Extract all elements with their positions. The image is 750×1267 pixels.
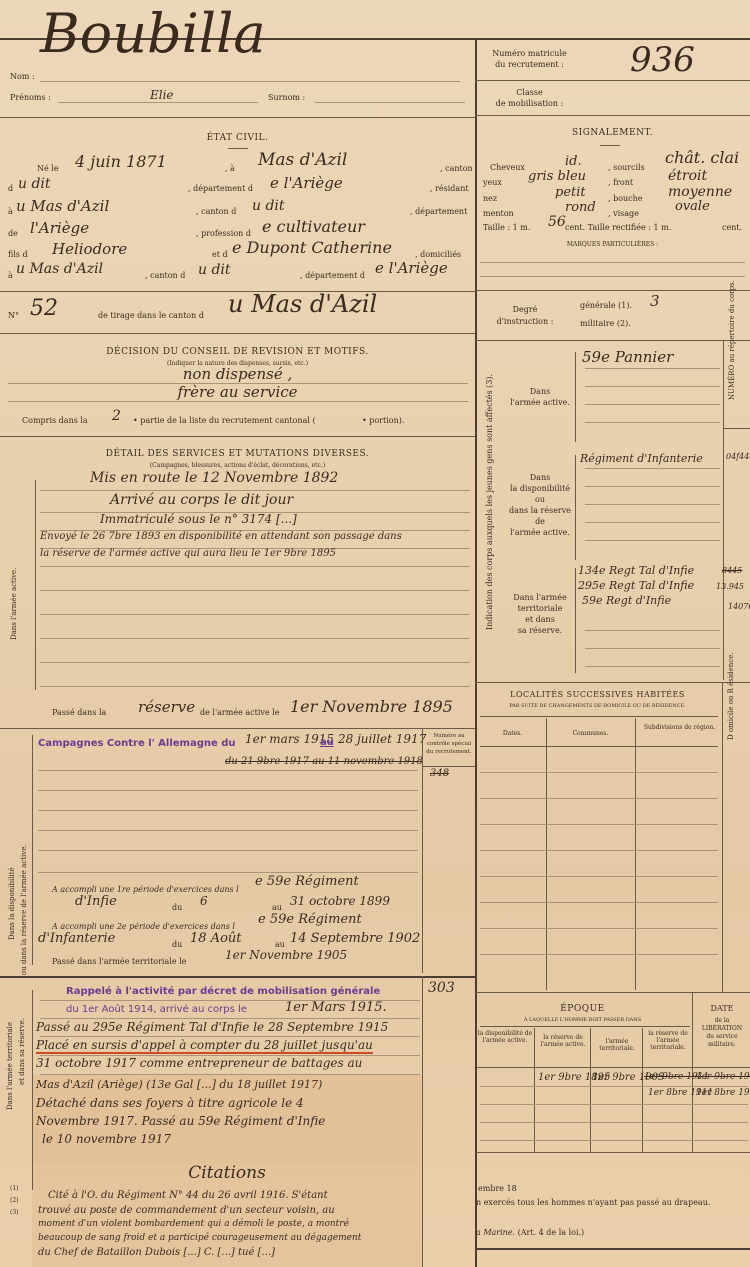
title-dash [228, 148, 248, 149]
bouche-value: moyenne [668, 184, 732, 200]
periode2-label: A accompli une 2e période d'exercices da… [52, 922, 235, 931]
front-label: , front [608, 178, 633, 187]
militaire-label: militaire (2). [580, 319, 631, 328]
territoriale-side-label-2: et dans sa réserve. [18, 1018, 26, 1085]
liberation-value-1: 1er 9bre 1917 [696, 1072, 750, 1082]
terr-rule-1 [585, 630, 720, 631]
signalement-dash [600, 145, 620, 146]
localites-row-8 [480, 954, 718, 955]
detail-brace [35, 480, 36, 690]
detail-rule [0, 728, 475, 729]
reserve-brace [32, 735, 33, 965]
bouche-label: , bouche [608, 194, 643, 203]
etat-civil-title: ÉTAT CIVIL. [0, 133, 475, 143]
cheveux-label: Cheveux [490, 163, 525, 172]
compris-label: Compris dans la [22, 416, 88, 425]
taille-label: Taille : 1 m. [483, 223, 530, 232]
footer-line-3-italic: a Marine. [476, 1228, 515, 1237]
decision-line-1: non dispensé , [0, 365, 475, 383]
terr-label-2: territoriale [500, 603, 580, 614]
citations-title: Citations [32, 1163, 422, 1183]
numero-controle-header-rule [423, 766, 475, 767]
dispo-rule-3 [585, 504, 720, 505]
reserve-rule-6 [38, 872, 418, 873]
generale-value: 3 [650, 292, 660, 310]
portion-label: • portion). [362, 416, 404, 425]
reserve-rule-2 [38, 790, 418, 791]
localites-row-3 [480, 824, 718, 825]
nom-label: Nom : [10, 72, 35, 81]
dispo-numero: 04f445 [726, 452, 750, 461]
cheveux-value: id. [565, 154, 582, 169]
degre-label-1: Degré [480, 304, 570, 316]
mere-value: e Dupont Catherine [232, 238, 392, 257]
territoriale-rule-2 [40, 1018, 420, 1019]
dispo-value: Régiment d'Infanterie [580, 452, 703, 465]
localites-title: LOCALITÉS SUCCESSIVES HABITÉES [475, 690, 720, 699]
dispo-brace [575, 455, 576, 560]
detail-subtitle: (Campagnes, blessures, actions d'éclat, … [0, 462, 475, 469]
detail-rule-1 [40, 490, 470, 491]
rappel-line-1: Rappelé à l'activité par décret de mobil… [66, 986, 380, 997]
territoriale-numero-value: 303 [428, 980, 455, 996]
matricule-value: 936 [630, 40, 695, 80]
dispo-label-2: la disponibilité [495, 483, 585, 494]
matricule-label: Numéro matricule du recrutement : [482, 48, 577, 70]
canton-value: u dit [18, 176, 51, 192]
marques-line-2 [480, 276, 745, 277]
residant-value: u Mas d'Azil [16, 197, 109, 215]
terr-label-4: sa réserve. [500, 625, 580, 636]
territoriale-line-4: Mas d'Azil (Ariège) (13e Gal [...] du 18… [36, 1078, 322, 1091]
detail-line-2: Arrivé au corps le dit jour [110, 492, 293, 508]
degre-label: Degré d'instruction : [480, 304, 570, 328]
epoque-col-territoriale: l'armée territoriale. [592, 1038, 642, 1052]
campagnes-to: 28 juillet 1917 [338, 732, 426, 746]
decision-rule [0, 436, 475, 437]
periode1-to: 31 octobre 1899 [290, 894, 390, 908]
date-sub-2: LIBÉRATION [694, 1025, 750, 1033]
numero-controle-label: Numéro au contrôle spécial du recrutemen… [424, 732, 474, 756]
nez-value: petit [555, 185, 586, 200]
numero-label: NUMÉRO au répertoire du corps. [728, 280, 736, 400]
canton3-label: , canton d [145, 271, 185, 280]
date-sub-1: de la [694, 1017, 750, 1025]
footnote-mark-3: (3) [10, 1209, 19, 1216]
ne-le-value: 4 juin 1871 [75, 152, 167, 171]
epoque-rule [475, 1152, 750, 1153]
tirage-rule [0, 333, 475, 334]
footer-line-2: n exercés tous les hommes n'ayant pas pa… [476, 1198, 710, 1207]
passe-date: 1er Novembre 1895 [290, 697, 453, 716]
footnote-mark-2: (2) [10, 1197, 19, 1204]
terr-rule-3 [585, 666, 720, 667]
dom-a-label: à [8, 271, 13, 280]
passe-value: réserve [138, 698, 195, 716]
profession-value: e cultivateur [262, 217, 365, 236]
decision-line-rule-2 [8, 401, 468, 402]
taille-value: 56 [548, 214, 566, 230]
territoriale-brace [32, 990, 33, 1190]
localites-col-communes: Communes. [548, 730, 633, 737]
reserve-rule-1 [38, 770, 418, 771]
detail-rule-8 [40, 638, 470, 639]
terr-value-3: 59e Regt d'Infie [582, 594, 671, 607]
detail-rule-7 [40, 614, 470, 615]
date-liberation-title: DATE [694, 1004, 750, 1013]
localites-col-subdivisions: Subdivisions de région. [637, 724, 722, 731]
domicilies-label: , domiciliés [415, 250, 461, 259]
pere-value: Heliodore [52, 240, 127, 258]
dom-value: u Mas d'Azil [16, 261, 103, 277]
date-sub-4: militaire. [694, 1041, 750, 1049]
localites-row-5 [480, 876, 718, 877]
dispo-rule-5 [585, 540, 720, 541]
marques-rule [475, 290, 750, 291]
territoriale-side-label-1: Dans l'armée territoriale [6, 1022, 14, 1110]
de-label: de [8, 229, 18, 238]
cent-label: cent. [722, 223, 742, 232]
dept-value: e l'Ariège [270, 174, 343, 192]
reserve-side-label-1: Dans la disponibilité [8, 867, 16, 940]
tirage-value: u Mas d'Azil [228, 290, 377, 318]
dispo-rule-1 [585, 468, 720, 469]
passe-label: Passé dans la [52, 708, 106, 717]
territoriale-numero-rule [422, 976, 423, 1267]
periode2-value2: d'Infanterie [38, 931, 115, 946]
periode1-value2: d'Infie [75, 894, 117, 909]
localites-col-rule-1 [546, 718, 547, 990]
localites-header-rule [480, 716, 718, 717]
degre-label-2: d'instruction : [480, 316, 570, 328]
numero-controle-rule [422, 728, 423, 973]
classe-label-2: de mobilisation : [482, 98, 577, 109]
localites-col-header-rule [480, 746, 718, 747]
nom-line [40, 81, 460, 82]
active-label-2: l'armée active. [500, 397, 580, 408]
localites-col-rule-2 [635, 718, 636, 990]
localites-row-6 [480, 902, 718, 903]
decision-line-2: frère au service [0, 383, 475, 401]
canton2-label: , canton d [196, 207, 236, 216]
reserve-section-rule [0, 976, 475, 978]
active-rule-2 [585, 386, 720, 387]
prenoms-line [58, 102, 258, 103]
generale-label: générale (1). [580, 301, 632, 310]
passe-territoriale-value: 1er Novembre 1905 [225, 948, 347, 962]
classe-rule [475, 115, 750, 116]
terr-label-3: et dans [500, 614, 580, 625]
active-rule-3 [585, 404, 720, 405]
terr-numero-1: 8445 [722, 566, 742, 575]
prenoms-label: Prénoms : [10, 93, 51, 102]
prenoms-value: Elie [150, 88, 174, 102]
active-label: Dans l'armée active. [500, 386, 580, 408]
dispo-label-4: dans la réserve [495, 505, 585, 516]
terr-rule-2 [585, 648, 720, 649]
active-value: 59e Pannier [582, 348, 673, 366]
terr-label: Dans l'armée territoriale et dans sa rés… [500, 592, 580, 636]
surnom-label: Surnom : [268, 93, 305, 102]
header-bottom-rule [0, 117, 475, 118]
military-register-page: Nom : Boubilla Prénoms : Elie Surnom : N… [0, 0, 750, 1267]
territoriale-rule-3 [40, 1036, 420, 1037]
terr-label-1: Dans l'armée [500, 592, 580, 603]
affectation-vertical-label: Indication des corps auxquels les jeunes… [485, 374, 494, 630]
periode2-to: 14 Septembre 1902 [290, 931, 420, 946]
epoque-header-rule [480, 1026, 690, 1027]
canton2-value: u dit [252, 198, 285, 214]
menton-value: rond [565, 200, 596, 215]
campagnes-au: au [320, 737, 334, 748]
localites-row-1 [480, 772, 718, 773]
marques-label: MARQUES PARTICULIÈRES : [475, 241, 750, 248]
epoque-row-1 [480, 1086, 748, 1087]
active-brace [575, 352, 576, 442]
active-rule-4 [585, 422, 720, 423]
footer-line-3: a Marine. (Art. 4 de la loi.) [476, 1228, 584, 1237]
column-divider [475, 38, 477, 1267]
ne-le-label: Né le [37, 164, 59, 173]
detail-line-5: la réserve de l'armée active qui aura li… [40, 548, 336, 559]
menton-label: menton [483, 209, 514, 218]
periode2-du: du [172, 940, 182, 949]
localites-row-2 [480, 798, 718, 799]
surnom-line [315, 102, 465, 103]
epoque-col-header-rule [477, 1067, 750, 1068]
active-rule-1 [585, 368, 720, 369]
compris-rest: • partie de la liste du recrutement cant… [133, 416, 316, 425]
localites-subtitle: PAR SUITE DE CHANGEMENTS DE DOMICILE OU … [475, 703, 720, 709]
citation-line-4: beaucoup de sang froid et a participé co… [38, 1233, 361, 1243]
rappel-line-2: du 1er Août 1914, arrivé au corps le [66, 1004, 247, 1015]
periode2-value: e 59e Régiment [258, 912, 362, 927]
periode1-value: e 59e Régiment [255, 874, 359, 889]
rappel-date: 1er Mars 1915. [285, 1000, 387, 1015]
dispo-rule-2 [585, 486, 720, 487]
residant-label: , résidant [430, 184, 469, 193]
localites-side-rule [722, 682, 723, 992]
date-liberation-sub: de la LIBÉRATION du service militaire. [694, 1017, 750, 1049]
matricule-label-1: Numéro matricule [482, 48, 577, 59]
numero-column-rule [723, 340, 724, 680]
compris-value: 2 [112, 408, 121, 424]
terr-numero-3: 14076 [728, 602, 750, 611]
reserve-rule-4 [38, 830, 418, 831]
lieu-naissance-value: Mas d'Azil [258, 150, 347, 170]
localites-row-7 [480, 928, 718, 929]
detail-side-label: Dans l'armée active. [10, 568, 18, 640]
detail-rule-5 [40, 566, 470, 567]
nez-label: nez [483, 194, 497, 203]
visage-label: , visage [608, 209, 639, 218]
dispo-label-6: l'armée active. [495, 527, 585, 538]
periode2-from: 18 Août [190, 931, 242, 946]
affectation-rule [475, 682, 750, 683]
dispo-label: Dans la disponibilité ou dans la réserve… [495, 472, 585, 538]
citation-line-2: trouvé au poste de commandement d'un sec… [38, 1205, 335, 1216]
epoque-col-reserve-territoriale: la réserve de l'armée territoriale. [644, 1030, 692, 1051]
sourcils-label: , sourcils [608, 163, 645, 172]
epoque-col-rule-2 [590, 1028, 591, 1152]
dept3-value: e l'Ariège [375, 259, 448, 277]
terr-value-2: 295e Regt Tal d'Infie [578, 579, 694, 592]
epoque-col-disponibilite: la disponibilité de l'armée active. [477, 1030, 533, 1044]
reserve-side-label-2: ou dans la réserve de l'armée active. [20, 844, 28, 975]
territoriale-line-6: Novembre 1917. Passé au 59e Régiment d'I… [36, 1114, 325, 1128]
territoriale-line-1: Passé au 295e Régiment Tal d'Infie le 28… [36, 1020, 388, 1034]
detail-line-3: Immatriculé sous le n° 3174 [...] [100, 512, 297, 526]
epoque-subtitle: À LAQUELLE L'HOMME DOIT PASSER DANS [475, 1017, 690, 1023]
matricule-rule [475, 80, 750, 81]
epoque-title: ÉPOQUE [475, 1004, 690, 1014]
passe-territoriale-label: Passé dans l'armée territoriale le [52, 957, 186, 966]
periode1-au: au [272, 903, 282, 912]
epoque-row-3 [480, 1122, 748, 1123]
epoque-row-4 [480, 1140, 748, 1141]
territoriale-rule-5 [40, 1074, 420, 1075]
residant-a-label: à [8, 207, 13, 216]
reserve-rule-3 [38, 810, 418, 811]
marques-line-1 [480, 262, 745, 263]
territoriale-line-2: Placé en sursis d'appel à compter du 28 … [36, 1038, 373, 1054]
nom-value: Boubilla [40, 2, 266, 65]
localites-col-dates: Dates. [480, 730, 545, 737]
matricule-label-2: du recrutement : [482, 59, 577, 70]
epoque-col-rule-3 [642, 1028, 643, 1152]
canton-label: , canton [440, 164, 473, 173]
signalement-title: SIGNALEMENT. [475, 128, 750, 138]
tirage-no-value: 52 [30, 296, 58, 321]
numero-rule [723, 428, 750, 429]
periode1-du: du [172, 903, 182, 912]
terr-brace [575, 568, 576, 673]
localites-side-column: D omicile ou R ésidence. [727, 652, 735, 740]
terr-value-1: 134e Regt Tal d'Infie [578, 564, 694, 577]
liberation-value-2: 1er 8bre 1917 [696, 1088, 750, 1098]
territoriale-line-7: le 10 novembre 1917 [42, 1132, 171, 1146]
a-label: , à [225, 164, 235, 173]
dispo-label-5: de [495, 516, 585, 527]
citation-line-1: Cité à l'O. du Régiment N° 44 du 26 avri… [48, 1190, 328, 1201]
tirage-no-label: N° [8, 311, 19, 320]
localites-rule [475, 992, 750, 993]
terr-numero-2: 13.945 [716, 582, 744, 591]
epoque-row-2 [480, 1104, 748, 1105]
classe-label-1: Classe [482, 87, 577, 98]
dept2-label: , département [410, 207, 467, 216]
dept3-label: , département d [300, 271, 365, 280]
periode1-label: A accompli une 1re période d'exercices d… [52, 885, 239, 894]
campagnes-struck: du 21 9bre 1917 au 11 novembre 1918 [225, 756, 423, 767]
reserve-rule-5 [38, 850, 418, 851]
epoque-col-rule-1 [534, 1028, 535, 1152]
footer-rule [475, 1248, 750, 1250]
degre-rule [475, 340, 750, 341]
dept-label: , département d [188, 184, 253, 193]
front-value: étroit [668, 168, 707, 184]
profession-label: , profession d [196, 229, 251, 238]
taille-rectifiee-label: cent. Taille rectifiée : 1 m. [565, 223, 671, 232]
yeux-value: gris bleu [528, 169, 586, 184]
dispo-label-1: Dans [495, 472, 585, 483]
territoriale-line-3: 31 octobre 1917 comme entrepreneur de ba… [36, 1056, 362, 1070]
tirage-label: de tirage dans le canton d [98, 311, 204, 320]
date-sub-3: du service [694, 1033, 750, 1041]
numero-controle-value: 348 [430, 768, 449, 779]
detail-rule-9 [40, 662, 470, 663]
active-label-1: Dans [500, 386, 580, 397]
detail-title: DÉTAIL DES SERVICES ET MUTATIONS DIVERSE… [0, 449, 475, 459]
dispo-label-3: ou [495, 494, 585, 505]
sourcils-value: chât. clai [665, 148, 739, 167]
decision-title: DÉCISION DU CONSEIL DE REVISION ET MOTIF… [0, 347, 475, 357]
detail-line-4: Envoyé le 26 7bre 1893 en disponibilité … [40, 531, 402, 542]
canton3-value: u dit [198, 262, 231, 278]
detail-line-1: Mis en route le 12 Novembre 1892 [90, 470, 338, 486]
canton-d-label: d [8, 184, 13, 193]
passe-mid: de l'armée active le [200, 708, 279, 717]
territoriale-line-5: Détaché dans ses foyers à titre agricole… [36, 1096, 304, 1110]
classe-label: Classe de mobilisation : [482, 87, 577, 109]
footer-line-3-text: (Art. 4 de la loi.) [518, 1228, 585, 1237]
localites-row-4 [480, 850, 718, 851]
epoque-col-reserve-active: la réserve de l'armée active. [536, 1034, 590, 1048]
yeux-label: yeux [483, 178, 502, 187]
et-label: et d [212, 250, 228, 259]
campagnes-label: Campagnes Contre l' Allemagne du [38, 738, 236, 749]
footer-line-1: embre 18 [478, 1184, 517, 1193]
detail-rule-10 [40, 686, 470, 687]
dispo-rule-4 [585, 522, 720, 523]
citation-line-5: du Chef de Bataillon Dubois [...] C. [..… [38, 1247, 275, 1258]
periode1-from: 6 [200, 894, 208, 908]
footnote-mark-1: (1) [10, 1185, 19, 1192]
detail-rule-6 [40, 590, 470, 591]
dept2-value: l'Ariège [30, 219, 89, 237]
visage-value: ovale [675, 199, 710, 214]
citation-line-3: moment d'un violent bombardement qui a d… [38, 1219, 349, 1229]
fils-label: fils d [8, 250, 28, 259]
